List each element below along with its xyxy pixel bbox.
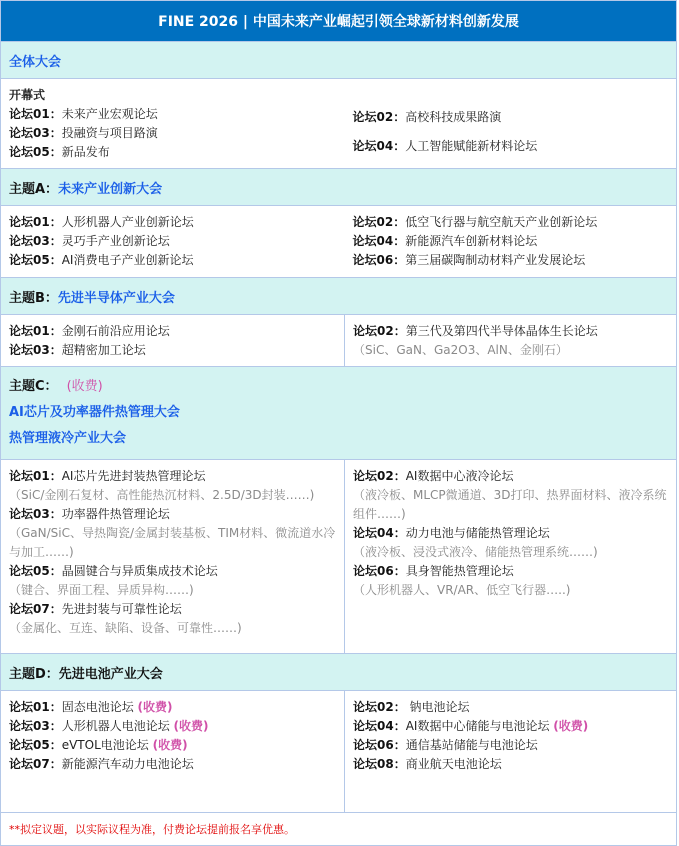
section-body-theme-c: 论坛01：AI芯片先进封装热管理论坛 （SiC/金刚石复材、高性能热沉材料、2.… [1, 460, 677, 654]
forum-item: 论坛06：第三届碳陶制动材料产业发展论坛 [353, 251, 669, 270]
fee-badge: (收费) [153, 738, 188, 752]
forum-item: 论坛04：人工智能赋能新材料论坛 [353, 137, 669, 156]
forum-item: 论坛04：AI数据中心储能与电池论坛 (收费) [353, 717, 668, 736]
section-title: 先进半导体产业大会 [58, 291, 175, 306]
theme-b-right-column: 论坛02：第三代及第四代半导体晶体生长论坛 （SiC、GaN、Ga2O3、AlN… [345, 315, 677, 367]
section-body-theme-b: 论坛01：金刚石前沿应用论坛 论坛03：超精密加工论坛 论坛02：第三代及第四代… [1, 315, 677, 367]
forum-item: 论坛02：第三代及第四代半导体晶体生长论坛 [353, 322, 668, 341]
forum-item: 论坛03：灵巧手产业创新论坛 [9, 232, 337, 251]
fee-badge: (收费) [174, 719, 209, 733]
section-title: AI芯片及功率器件热管理大会 [9, 405, 180, 420]
fee-badge: (收费) [553, 719, 588, 733]
forum-description: （人形机器人、VR/AR、低空飞行器…..) [353, 581, 668, 600]
theme-a-right-column: 论坛02：低空飞行器与航空航天产业创新论坛 论坛04：新能源汽车创新材料论坛 论… [345, 206, 677, 278]
title-row: FINE 2026 | 中国未来产业崛起引领全球新材料创新发展 [1, 1, 677, 42]
forum-item: 论坛05：eVTOL电池论坛 (收费) [9, 736, 336, 755]
section-header-theme-b: 主题B：先进半导体产业大会 [1, 278, 677, 315]
forum-item: 论坛03：超精密加工论坛 [9, 341, 336, 360]
forum-item: 论坛01：固态电池论坛 (收费) [9, 698, 336, 717]
forum-item: 论坛04：新能源汽车创新材料论坛 [353, 232, 669, 251]
forum-description: （GaN/SiC、导热陶瓷/金属封装基板、TIM材料、微流道水冷与加工……) [9, 524, 336, 562]
section-title: 全体大会 [9, 55, 61, 70]
forum-item: 论坛06：通信基站储能与电池论坛 [353, 736, 668, 755]
forum-item: 论坛08：商业航天电池论坛 [353, 755, 668, 774]
forum-item: 论坛01：金刚石前沿应用论坛 [9, 322, 336, 341]
section-header-plenary: 全体大会 [1, 42, 677, 79]
forum-item: 论坛01：AI芯片先进封装热管理论坛 [9, 467, 336, 486]
theme-c-left-column: 论坛01：AI芯片先进封装热管理论坛 （SiC/金刚石复材、高性能热沉材料、2.… [1, 460, 345, 654]
forum-description: （金属化、互连、缺陷、设备、可靠性……) [9, 619, 336, 638]
forum-item: 论坛03：投融资与项目路演 [9, 124, 337, 143]
forum-item: 论坛03：人形机器人电池论坛 (收费) [9, 717, 336, 736]
section-body-plenary: 开幕式 论坛01：未来产业宏观论坛 论坛03：投融资与项目路演 论坛05：新品发… [1, 79, 677, 169]
forum-item: 论坛02：低空飞行器与航空航天产业创新论坛 [353, 213, 669, 232]
forum-item: 论坛02： 钠电池论坛 [353, 698, 668, 717]
forum-item: 论坛06：具身智能热管理论坛 [353, 562, 668, 581]
forum-item: 论坛07：新能源汽车动力电池论坛 [9, 755, 336, 774]
footer-row: **拟定议题，以实际议程为准，付费论坛提前报名享优惠。 [1, 813, 677, 846]
forum-description: （键合、界面工程、异质异构……) [9, 581, 336, 600]
plenary-right-column: 论坛02：高校科技成果路演 论坛04：人工智能赋能新材料论坛 [345, 79, 677, 169]
forum-item: 论坛05：晶圆键合与异质集成技术论坛 [9, 562, 336, 581]
disclaimer-note: **拟定议题，以实际议程为准，付费论坛提前报名享优惠。 [1, 813, 677, 846]
section-title: 未来产业创新大会 [58, 182, 162, 197]
forum-item: 论坛01：人形机器人产业创新论坛 [9, 213, 337, 232]
page-title: FINE 2026 | 中国未来产业崛起引领全球新材料创新发展 [1, 1, 677, 42]
section-body-theme-a: 论坛01：人形机器人产业创新论坛 论坛03：灵巧手产业创新论坛 论坛05：AI消… [1, 206, 677, 278]
section-title: 先进电池产业大会 [59, 667, 163, 682]
theme-c-right-column: 论坛02：AI数据中心液冷论坛 （液冷板、MLCP微通道、3D打印、热界面材料、… [345, 460, 677, 654]
section-header-theme-d: 主题D：先进电池产业大会 [1, 654, 677, 691]
forum-item: 论坛01：未来产业宏观论坛 [9, 105, 337, 124]
forum-description: （液冷板、浸没式液冷、储能热管理系统……) [353, 543, 668, 562]
forum-item: 论坛05：AI消费电子产业创新论坛 [9, 251, 337, 270]
theme-d-left-column: 论坛01：固态电池论坛 (收费) 论坛03：人形机器人电池论坛 (收费) 论坛0… [1, 691, 345, 813]
section-header-theme-c: 主题C： (收费) AI芯片及功率器件热管理大会 热管理液冷产业大会 [1, 367, 677, 460]
forum-item: 论坛04：动力电池与储能热管理论坛 [353, 524, 668, 543]
theme-d-right-column: 论坛02： 钠电池论坛 论坛04：AI数据中心储能与电池论坛 (收费) 论坛06… [345, 691, 677, 813]
agenda-table: FINE 2026 | 中国未来产业崛起引领全球新材料创新发展 全体大会 开幕式… [0, 0, 677, 846]
plenary-left-column: 开幕式 论坛01：未来产业宏观论坛 论坛03：投融资与项目路演 论坛05：新品发… [1, 79, 345, 169]
forum-item: 论坛07：先进封装与可靠性论坛 [9, 600, 336, 619]
opening-ceremony: 开幕式 [9, 86, 337, 105]
forum-description: （SiC/金刚石复材、高性能热沉材料、2.5D/3D封装……) [9, 486, 336, 505]
theme-b-left-column: 论坛01：金刚石前沿应用论坛 论坛03：超精密加工论坛 [1, 315, 345, 367]
fee-badge: (收费) [67, 379, 103, 394]
forum-description: （SiC、GaN、Ga2O3、AlN、金刚石） [353, 341, 668, 360]
theme-a-left-column: 论坛01：人形机器人产业创新论坛 论坛03：灵巧手产业创新论坛 论坛05：AI消… [1, 206, 345, 278]
forum-item: 论坛03：功率器件热管理论坛 [9, 505, 336, 524]
section-header-theme-a: 主题A：未来产业创新大会 [1, 169, 677, 206]
forum-description: （液冷板、MLCP微通道、3D打印、热界面材料、液冷系统组件……) [353, 486, 668, 524]
section-subtitle: 热管理液冷产业大会 [9, 431, 126, 446]
fee-badge: (收费) [138, 700, 173, 714]
forum-item: 论坛02：高校科技成果路演 [353, 108, 669, 127]
forum-item: 论坛05：新品发布 [9, 143, 337, 162]
forum-item: 论坛02：AI数据中心液冷论坛 [353, 467, 668, 486]
section-body-theme-d: 论坛01：固态电池论坛 (收费) 论坛03：人形机器人电池论坛 (收费) 论坛0… [1, 691, 677, 813]
